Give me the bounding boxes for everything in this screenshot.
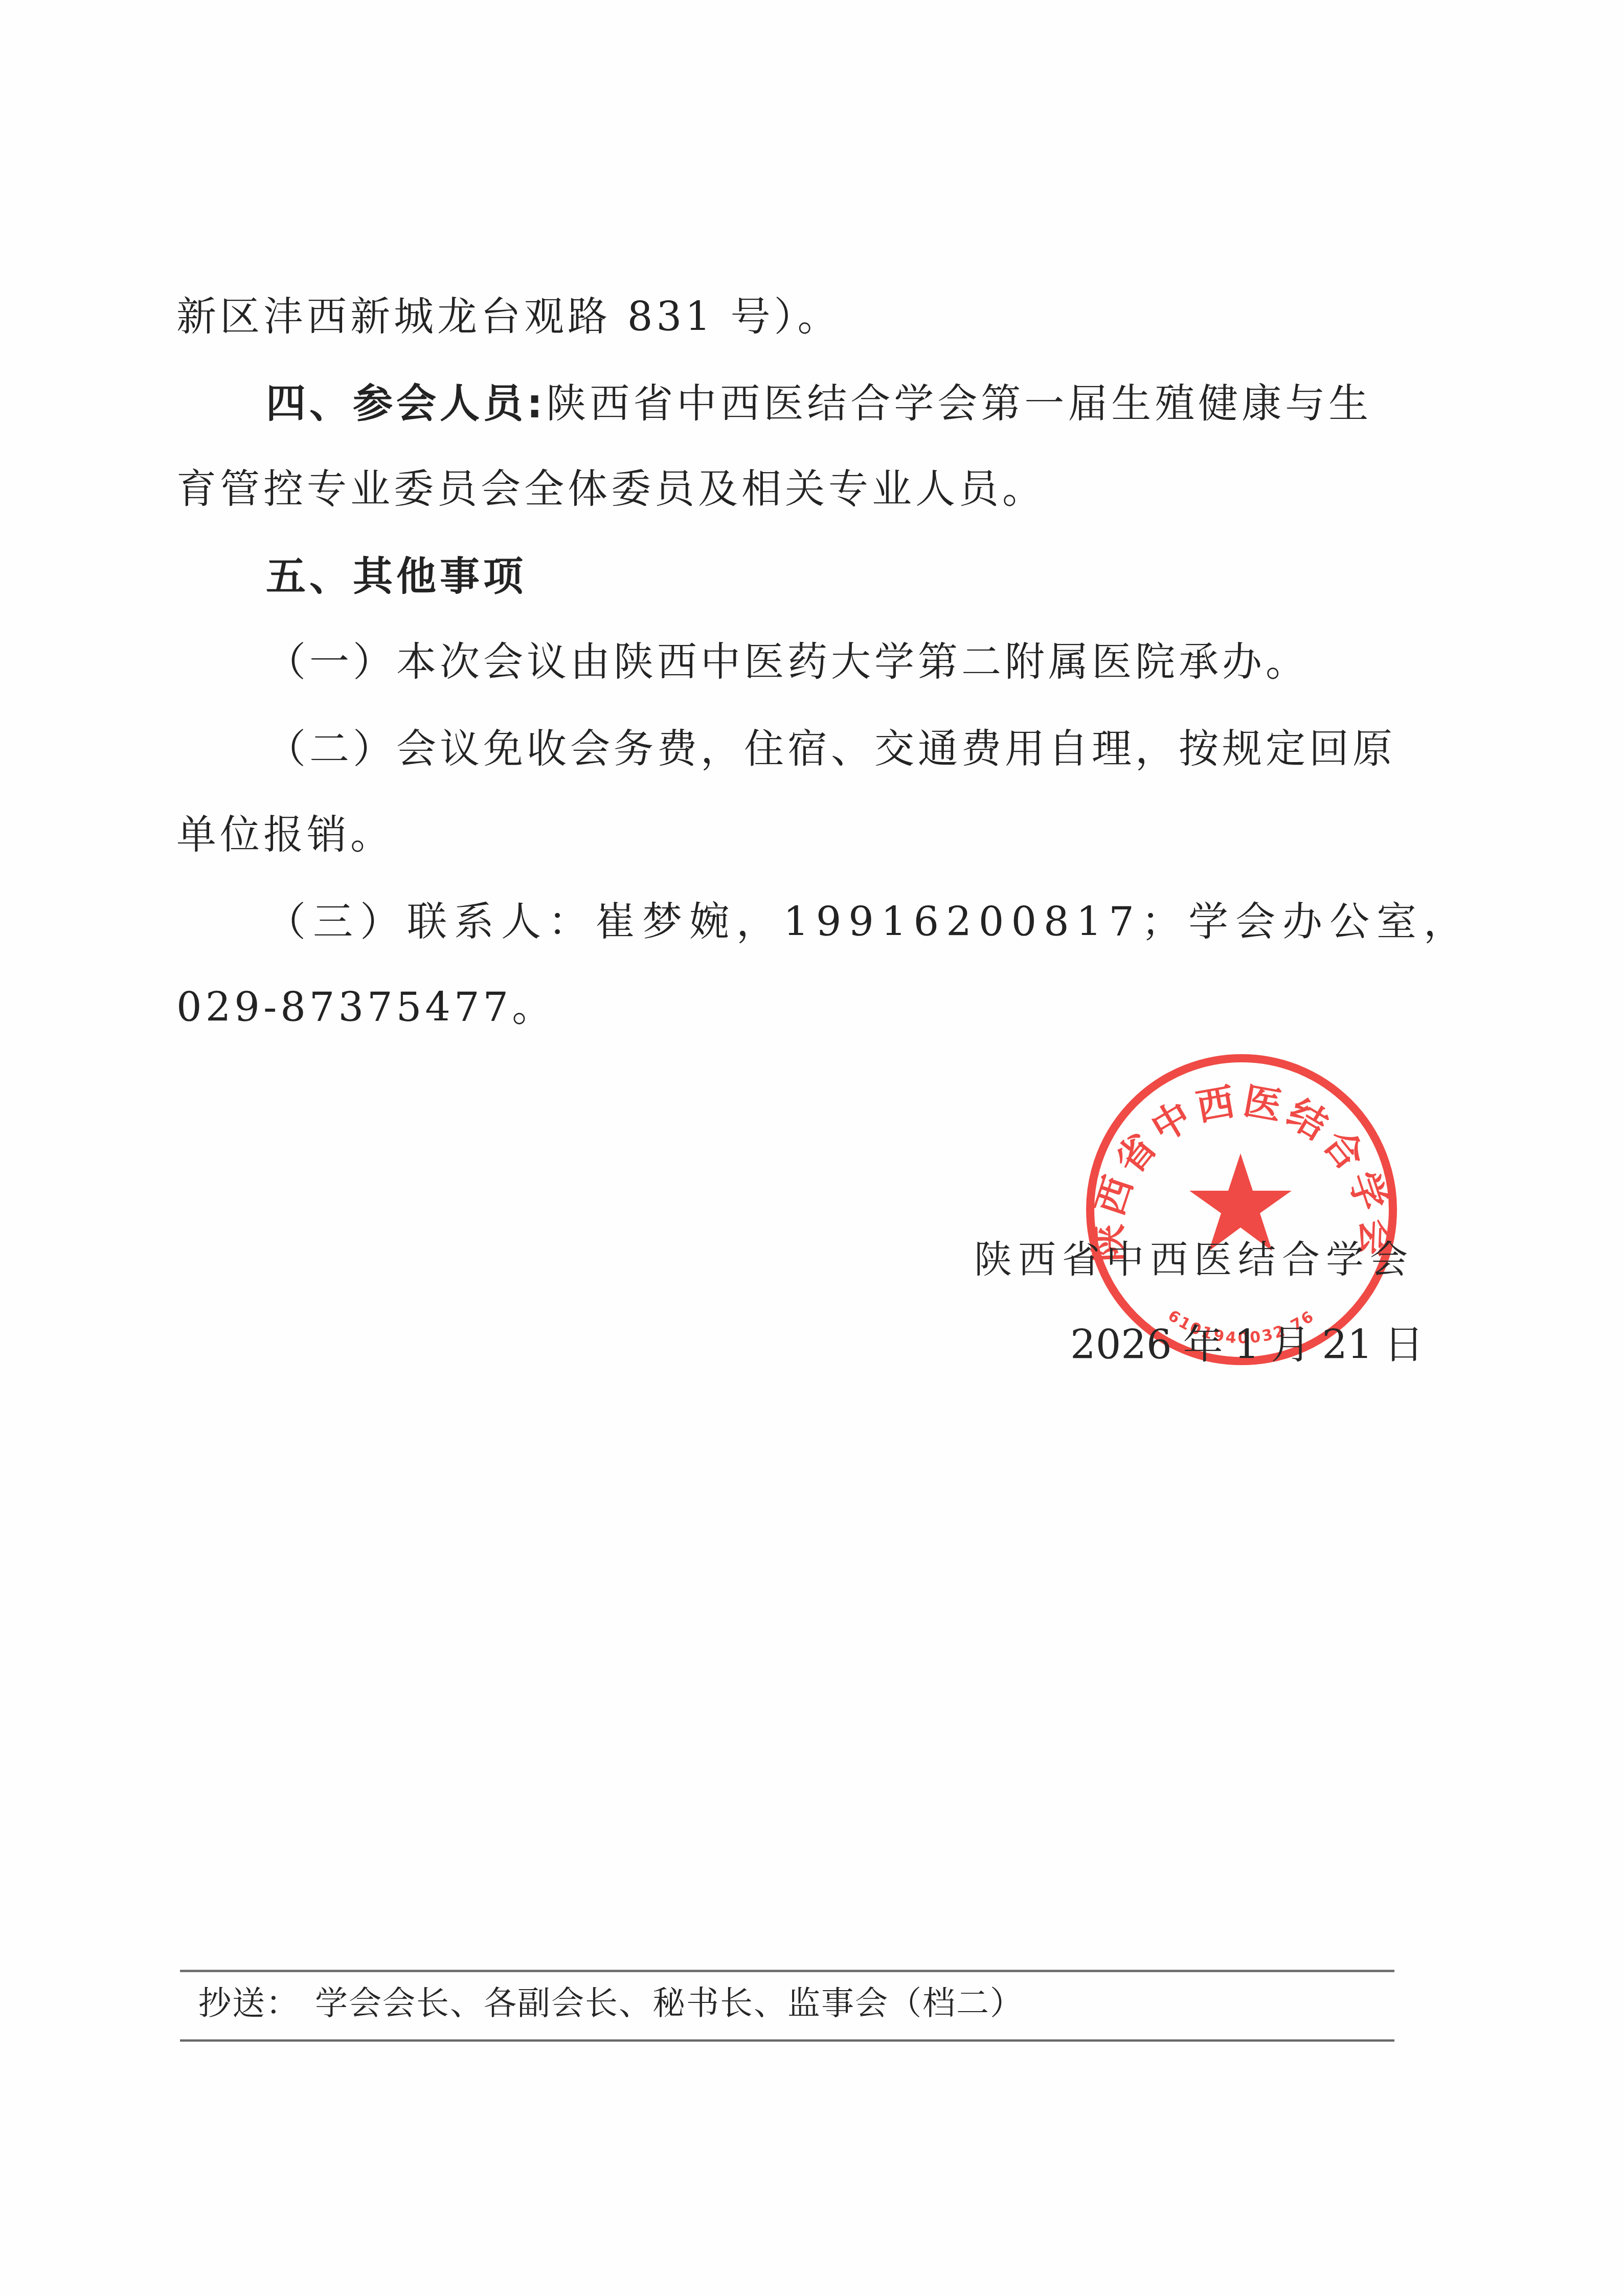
section-5-item-3-line-1: （三）联系人：崔梦婉，19916200817；学会办公室，: [266, 899, 1471, 945]
cc-recipients: 学会会长、各副会长、秘书长、监事会（档二）: [315, 1985, 1024, 2022]
item-1-text: （一）本次会议由陕西中医药大学第二附属医院承办。: [266, 639, 1309, 685]
address-continuation: 新区沣西新城龙台观路 831 号）。: [176, 294, 841, 340]
section-4-separator: :: [527, 381, 546, 427]
section-4-line-1: 四、参会人员:陕西省中西医结合学会第一届生殖健康与生: [266, 381, 1372, 427]
section-5-item-3-line-2: 029-87375477。: [176, 985, 555, 1031]
item-2-text-1: （二）会议免收会务费，住宿、交通费用自理，按规定回原: [266, 726, 1396, 772]
section-5-item-2-line-2: 单位报销。: [176, 812, 394, 858]
item-3-text-2: 029-87375477。: [176, 985, 555, 1031]
section-4-line-2: 育管控专业委员会全体委员及相关专业人员。: [176, 466, 1046, 512]
section-5-item-1: （一）本次会议由陕西中医药大学第二附属医院承办。: [266, 639, 1309, 685]
date-month: 1: [1234, 1322, 1260, 1368]
date-day: 21: [1322, 1322, 1372, 1368]
section-4-body-1: 陕西省中西医结合学会第一届生殖健康与生: [546, 381, 1372, 427]
date-year-unit: 年: [1183, 1322, 1223, 1368]
cc-line: 抄送：学会会长、各副会长、秘书长、监事会（档二）: [198, 1980, 1024, 2026]
date-month-unit: 月: [1271, 1322, 1311, 1368]
address-text: 新区沣西新城龙台观路 831 号）。: [176, 294, 841, 340]
cc-label: 抄送：: [198, 1985, 300, 2022]
signature-date: 2026年1月21日: [1070, 1322, 1424, 1368]
cc-top-divider: [180, 1970, 1394, 1972]
section-4-heading: 四、参会人员: [266, 381, 527, 427]
item-3-text-1: （三）联系人：崔梦婉，19916200817；学会办公室，: [266, 899, 1471, 945]
item-2-text-2: 单位报销。: [176, 812, 394, 858]
section-5-item-2-line-1: （二）会议免收会务费，住宿、交通费用自理，按规定回原: [266, 726, 1396, 772]
document-page: 新区沣西新城龙台观路 831 号）。 四、参会人员:陕西省中西医结合学会第一届生…: [0, 0, 1623, 2296]
section-5-heading-line: 五、其他事项: [266, 554, 527, 600]
section-4-body-2: 育管控专业委员会全体委员及相关专业人员。: [176, 466, 1046, 512]
section-5-heading: 五、其他事项: [266, 554, 527, 600]
signature-organization: 陕西省中西医结合学会: [974, 1237, 1414, 1283]
date-day-unit: 日: [1384, 1322, 1424, 1368]
date-year: 2026: [1070, 1322, 1172, 1368]
cc-bottom-divider: [180, 2039, 1394, 2042]
